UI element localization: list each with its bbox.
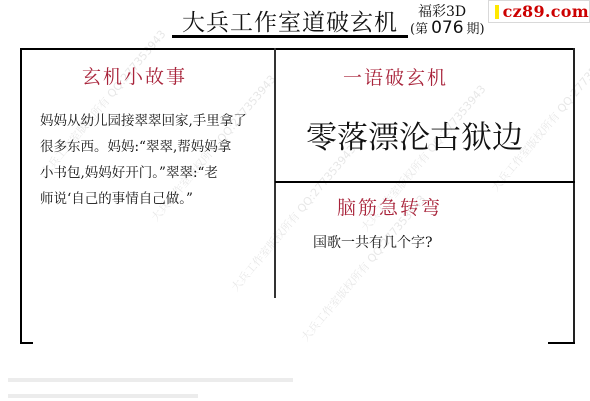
page-title: 大兵工作室道破玄机 (180, 4, 400, 37)
issue-prefix: (第 (410, 22, 428, 37)
title-underline (172, 35, 408, 38)
frame-border-top (20, 48, 575, 50)
riddle-question: 国歌一共有几个字? (313, 232, 433, 252)
frame-corner-bottom-left (20, 342, 33, 344)
faint-text-trace (8, 378, 293, 382)
frame-corner-bottom-right (548, 342, 575, 344)
section-divider (275, 181, 575, 183)
issue-suffix: 期) (467, 22, 485, 37)
phrase-text: 零落漂沦古狱边 (306, 112, 523, 157)
story-line: 妈妈从幼儿园接翠翠回家,手里拿了 (40, 108, 275, 134)
site-badge[interactable]: cz89.com (488, 0, 590, 23)
faint-text-trace (8, 394, 198, 398)
frame-border-right (573, 48, 575, 343)
phrase-section-title: 一语破玄机 (343, 63, 448, 90)
issue-value: 076 (431, 18, 463, 38)
issue-number: (第076期) (410, 18, 485, 38)
site-badge-text: cz89.com (503, 2, 589, 21)
story-body: 妈妈从幼儿园接翠翠回家,手里拿了 很多东西。妈妈:“翠翠,帮妈妈拿 小书包,妈妈… (40, 108, 275, 212)
story-line: 师说‘自己的事情自己做。” (40, 186, 275, 212)
story-section-title: 玄机小故事 (82, 62, 187, 89)
story-line: 很多东西。妈妈:“翠翠,帮妈妈拿 (40, 134, 275, 160)
yellow-square-icon (495, 5, 499, 19)
story-line: 小书包,妈妈好开门。”翠翠:“老 (40, 160, 275, 186)
riddle-section-title: 脑筋急转弯 (337, 193, 442, 220)
frame-border-left (20, 48, 22, 343)
